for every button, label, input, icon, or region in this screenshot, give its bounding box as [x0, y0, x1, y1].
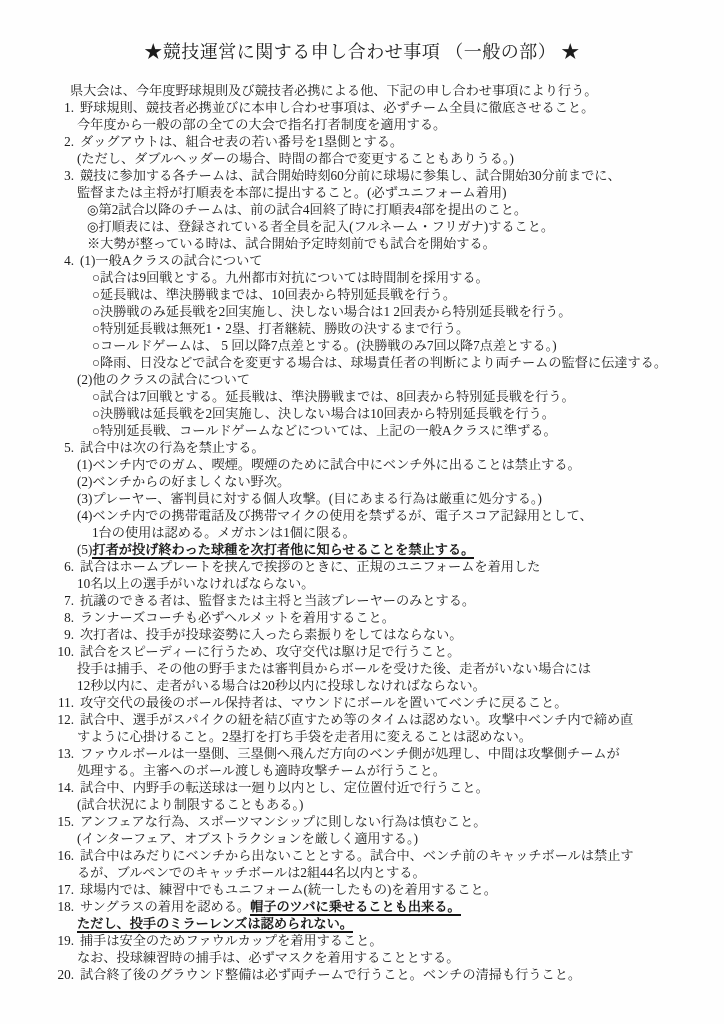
- item-number: 6.: [50, 558, 74, 575]
- line-text: 試合中、選手がスパイクの紐を結び直すため等のタイムは認めない。攻撃中ベンチ内で締…: [80, 712, 633, 727]
- rule-line: 16.試合中はみだりにベンチから出ないこととする。試合中、ベンチ前のキャッチボー…: [50, 847, 698, 864]
- rule-line: (5)打者が投げ終わった球種を次打者他に知らせることを禁止する。: [50, 541, 698, 558]
- rule-line: ○試合は7回戦とする。延長戦は、準決勝戦までは、8回表から特別延長戦を行う。: [50, 388, 698, 405]
- line-text: 攻守交代の最後のボール保持者は、マウンドにボールを置いてベンチに戻ること。: [80, 695, 567, 710]
- rule-line: 3.競技に参加する各チームは、試合開始時刻60分前に球場に参集し、試合開始30分…: [50, 167, 698, 184]
- rule-line: 15.アンフェアな行為、スポーツマンシップに則しない行為は慎むこと。: [50, 813, 698, 830]
- item-number: 20.: [50, 966, 74, 983]
- item-number: 2.: [50, 133, 74, 150]
- rule-line: 2.ダッグアウトは、組合せ表の若い番号を1塁側とする。: [50, 133, 698, 150]
- rule-line: ※大勢が整っている時は、試合開始予定時刻前でも試合を開始する。: [50, 235, 698, 252]
- rule-line: 9.次打者は、投手が投球姿勢に入ったら素振りをしてはならない。: [50, 626, 698, 643]
- rule-line: 12秒以内に、走者がいる場合は20秒以内に投球しなければならない。: [50, 677, 698, 694]
- rule-line: ◎打順表には、登録されている者全員を記入(フルネーム・フリガナ)すること。: [50, 218, 698, 235]
- line-text: (5): [77, 542, 92, 557]
- item-number: 11.: [50, 694, 74, 711]
- rule-line: (2)他のクラスの試合について: [50, 371, 698, 388]
- line-text: ○コールドゲームは、 5 回以降7点差とする。(決勝戦のみ7回以降7点差とする。…: [92, 338, 557, 353]
- rule-line: 1台の使用は認める。メガホンは1個に限る。: [50, 524, 698, 541]
- line-text: (ただし、ダブルヘッダーの場合、時間の都合で変更することもありうる。): [77, 151, 514, 166]
- line-text: なお、投球練習時の捕手は、必ずマスクを着用することとする。: [77, 950, 459, 965]
- item-number: 14.: [50, 779, 74, 796]
- line-text: 投手は捕手、その他の野手または審判員からボールを受けた後、走者がいない場合には: [77, 661, 591, 676]
- rule-line: ○試合は9回戦とする。九州都市対抗については時間制を採用する。: [50, 269, 698, 286]
- item-number: 17.: [50, 881, 74, 898]
- emphasized-text: 帽子のツバに乗せることも出来る。: [250, 899, 460, 916]
- rule-line: 5.試合中は次の行為を禁止する。: [50, 439, 698, 456]
- rule-line: ◎第2試合以降のチームは、前の試合4回終了時に打順表4部を提出のこと。: [50, 201, 698, 218]
- line-text: (2)他のクラスの試合について: [77, 372, 250, 387]
- line-text: 捕手は安全のためファウルカップを着用すること。: [80, 933, 383, 948]
- line-text: サングラスの着用を認める。: [80, 899, 250, 914]
- rule-line: (ただし、ダブルヘッダーの場合、時間の都合で変更することもありうる。): [50, 150, 698, 167]
- line-text: ○試合は9回戦とする。九州都市対抗については時間制を採用する。: [92, 270, 489, 285]
- item-number: 4.: [50, 252, 74, 269]
- rule-line: 17.球場内では、練習中でもユニフォーム(統一したもの)を着用すること。: [50, 881, 698, 898]
- line-text: (1)ベンチ内でのガム、喫煙。喫煙のために試合中にベンチ外に出ることは禁止する。: [77, 457, 581, 472]
- rule-line: ○決勝戦は延長戦を2回実施し、決しない場合は10回表から特別延長戦を行う。: [50, 405, 698, 422]
- line-text: 処理する。主審へのボール渡しも適時攻撃チームが行うこと。: [77, 763, 446, 778]
- rule-line: すように心掛けること。2塁打を打ち手袋を走者用に変えることは認めない。: [50, 728, 698, 745]
- line-text: (1)一般Aクラスの試合について: [80, 253, 263, 268]
- rule-line: (2)ベンチからの好ましくない野次。: [50, 473, 698, 490]
- item-number: 7.: [50, 592, 74, 609]
- line-text: 試合をスピーディーに行うため、攻守交代は駆け足で行うこと。: [80, 644, 460, 659]
- line-text: 10名以上の選手がいなければならない。: [77, 576, 314, 591]
- line-text: (3)プレーヤー、審判員に対する個人攻撃。(目にあまる行為は厳重に処分する。): [77, 491, 542, 506]
- item-number: 5.: [50, 439, 74, 456]
- line-text: ○特別延長戦、コールドゲームなどについては、上記の一般Aクラスに準ずる。: [92, 423, 557, 438]
- emphasized-text: 打者が投げ終わった球種を次打者他に知らせることを禁止する。: [92, 542, 474, 559]
- item-number: 19.: [50, 932, 74, 949]
- item-number: 16.: [50, 847, 74, 864]
- rule-line: 14.試合中、内野手の転送球は一廻り以内とし、定位置付近で行うこと。: [50, 779, 698, 796]
- line-text: (インターフェア、オブストラクションを厳しく適用する。): [77, 831, 418, 846]
- document-content: ★競技運営に関する申し合わせ事項 （一般の部） ★ 県大会は、今年度野球規則及び…: [0, 0, 724, 983]
- rule-line: 処理する。主審へのボール渡しも適時攻撃チームが行うこと。: [50, 762, 698, 779]
- rule-line: (3)プレーヤー、審判員に対する個人攻撃。(目にあまる行為は厳重に処分する。): [50, 490, 698, 507]
- item-number: 9.: [50, 626, 74, 643]
- line-text: 試合はホームプレートを挟んで挨拶のときに、正規のユニフォームを着用した: [80, 559, 540, 574]
- rule-line: ○決勝戦のみ延長戦を2回実施し、決しない場合は1 2回表から特別延長戦を行う。: [50, 303, 698, 320]
- rule-line: 12.試合中、選手がスパイクの紐を結び直すため等のタイムは認めない。攻撃中ベンチ…: [50, 711, 698, 728]
- line-text: 試合中、内野手の転送球は一廻り以内とし、定位置付近で行うこと。: [80, 780, 489, 795]
- line-text: 今年度から一般の部の全ての大会で指名打者制度を適用する。: [77, 117, 446, 132]
- line-text: 野球規則、競技者必携並びに本申し合わせ事項は、必ずチーム全員に徹底させること。: [80, 100, 594, 115]
- line-text: ○決勝戦のみ延長戦を2回実施し、決しない場合は1 2回表から特別延長戦を行う。: [92, 304, 571, 319]
- item-number: 1.: [50, 99, 74, 116]
- rule-line: ○特別延長戦は無死1・2塁、打者継続、勝敗の決するまで行う。: [50, 320, 698, 337]
- rule-line: ○降雨、日没などで試合を変更する場合は、球場責任者の判断により両チームの監督に伝…: [50, 354, 698, 371]
- rule-line: 13.ファウルボールは一塁側、三塁側へ飛んだ方向のベンチ側が処理し、中間は攻撃側…: [50, 745, 698, 762]
- line-text: るが、ブルペンでのキャッチボールは2組44名以内とする。: [77, 865, 426, 880]
- item-number: 10.: [50, 643, 74, 660]
- rule-line: 今年度から一般の部の全ての大会で指名打者制度を適用する。: [50, 116, 698, 133]
- document-title: ★競技運営に関する申し合わせ事項 （一般の部） ★: [50, 40, 674, 64]
- line-text: ○試合は7回戦とする。延長戦は、準決勝戦までは、8回表から特別延長戦を行う。: [92, 389, 575, 404]
- line-text: 試合終了後のグラウンド整備は必ず両チームで行うこと。ベンチの清掃も行うこと。: [80, 967, 581, 982]
- intro-paragraph: 県大会は、今年度野球規則及び競技者必携による他、下記の申し合わせ事項により行う。: [50, 82, 698, 99]
- rules-list: 1.野球規則、競技者必携並びに本申し合わせ事項は、必ずチーム全員に徹底させること…: [50, 99, 698, 983]
- rule-line: 監督または主将が打順表を本部に提出すること。(必ずユニフォーム着用): [50, 184, 698, 201]
- document-page: ★競技運営に関する申し合わせ事項 （一般の部） ★ 県大会は、今年度野球規則及び…: [0, 0, 724, 1024]
- line-text: ファウルボールは一塁側、三塁側へ飛んだ方向のベンチ側が処理し、中間は攻撃側チーム…: [80, 746, 620, 761]
- rule-line: 10.試合をスピーディーに行うため、攻守交代は駆け足で行うこと。: [50, 643, 698, 660]
- line-text: ○降雨、日没などで試合を変更する場合は、球場責任者の判断により両チームの監督に伝…: [92, 355, 667, 370]
- rule-line: (インターフェア、オブストラクションを厳しく適用する。): [50, 830, 698, 847]
- line-text: (2)ベンチからの好ましくない野次。: [77, 474, 290, 489]
- item-number: 13.: [50, 745, 74, 762]
- line-text: ※大勢が整っている時は、試合開始予定時刻前でも試合を開始する。: [87, 236, 496, 251]
- rule-line: 18.サングラスの着用を認める。帽子のツバに乗せることも出来る。: [50, 898, 698, 915]
- line-text: ダッグアウトは、組合せ表の若い番号を1塁側とする。: [80, 134, 403, 149]
- item-number: 12.: [50, 711, 74, 728]
- rule-line: ○延長戦は、準決勝戦までは、10回表から特別延長戦を行う。: [50, 286, 698, 303]
- rule-line: 20.試合終了後のグラウンド整備は必ず両チームで行うこと。ベンチの清掃も行うこと…: [50, 966, 698, 983]
- line-text: ○特別延長戦は無死1・2塁、打者継続、勝敗の決するまで行う。: [92, 321, 469, 336]
- line-text: 12秒以内に、走者がいる場合は20秒以内に投球しなければならない。: [77, 678, 486, 693]
- rule-line: 11.攻守交代の最後のボール保持者は、マウンドにボールを置いてベンチに戻ること。: [50, 694, 698, 711]
- rule-line: 19.捕手は安全のためファウルカップを着用すること。: [50, 932, 698, 949]
- line-text: ○延長戦は、準決勝戦までは、10回表から特別延長戦を行う。: [92, 287, 456, 302]
- rule-line: (1)ベンチ内でのガム、喫煙。喫煙のために試合中にベンチ外に出ることは禁止する。: [50, 456, 698, 473]
- line-text: すように心掛けること。2塁打を打ち手袋を走者用に変えることは認めない。: [77, 729, 532, 744]
- rule-line: 6.試合はホームプレートを挟んで挨拶のときに、正規のユニフォームを着用した: [50, 558, 698, 575]
- rule-line: なお、投球練習時の捕手は、必ずマスクを着用することとする。: [50, 949, 698, 966]
- rule-line: ○コールドゲームは、 5 回以降7点差とする。(決勝戦のみ7回以降7点差とする。…: [50, 337, 698, 354]
- emphasized-text: ただし、投手のミラーレンズは認められない。: [77, 916, 353, 933]
- line-text: (試合状況により制限することもある。): [77, 797, 303, 812]
- line-text: アンフェアな行為、スポーツマンシップに則しない行為は慎むこと。: [80, 814, 487, 829]
- rule-line: 4.(1)一般Aクラスの試合について: [50, 252, 698, 269]
- rule-line: (試合状況により制限することもある。): [50, 796, 698, 813]
- rule-line: ○特別延長戦、コールドゲームなどについては、上記の一般Aクラスに準ずる。: [50, 422, 698, 439]
- line-text: 球場内では、練習中でもユニフォーム(統一したもの)を着用すること。: [80, 882, 497, 897]
- line-text: 試合中はみだりにベンチから出ないこととする。試合中、ベンチ前のキャッチボールは禁…: [80, 848, 634, 863]
- line-text: 競技に参加する各チームは、試合開始時刻60分前に球場に参集し、試合開始30分前ま…: [80, 168, 621, 183]
- item-number: 8.: [50, 609, 74, 626]
- item-number: 18.: [50, 898, 74, 915]
- line-text: ◎第2試合以降のチームは、前の試合4回終了時に打順表4部を提出のこと。: [87, 202, 527, 217]
- item-number: 3.: [50, 167, 74, 184]
- line-text: (4)ベンチ内での携帯電話及び携帯マイクの使用を禁ずるが、電子スコア記録用として…: [77, 508, 593, 523]
- line-text: ランナーズコーチも必ずヘルメットを着用すること。: [80, 610, 395, 625]
- line-text: ○決勝戦は延長戦を2回実施し、決しない場合は10回表から特別延長戦を行う。: [92, 406, 555, 421]
- line-text: 監督または主将が打順表を本部に提出すること。(必ずユニフォーム着用): [77, 185, 506, 200]
- item-number: 15.: [50, 813, 74, 830]
- line-text: 試合中は次の行為を禁止する。: [80, 440, 265, 455]
- rule-line: 1.野球規則、競技者必携並びに本申し合わせ事項は、必ずチーム全員に徹底させること…: [50, 99, 698, 116]
- rule-line: (4)ベンチ内での携帯電話及び携帯マイクの使用を禁ずるが、電子スコア記録用として…: [50, 507, 698, 524]
- rule-line: ただし、投手のミラーレンズは認められない。: [50, 915, 698, 932]
- line-text: ◎打順表には、登録されている者全員を記入(フルネーム・フリガナ)すること。: [87, 219, 554, 234]
- rule-line: 8.ランナーズコーチも必ずヘルメットを着用すること。: [50, 609, 698, 626]
- rule-line: 7.抗議のできる者は、監督または主将と当該プレーヤーのみとする。: [50, 592, 698, 609]
- rule-line: るが、ブルペンでのキャッチボールは2組44名以内とする。: [50, 864, 698, 881]
- line-text: 次打者は、投手が投球姿勢に入ったら素振りをしてはならない。: [80, 627, 462, 642]
- line-text: 抗議のできる者は、監督または主将と当該プレーヤーのみとする。: [80, 593, 475, 608]
- rule-line: 10名以上の選手がいなければならない。: [50, 575, 698, 592]
- line-text: 1台の使用は認める。メガホンは1個に限る。: [92, 525, 356, 540]
- rule-line: 投手は捕手、その他の野手または審判員からボールを受けた後、走者がいない場合には: [50, 660, 698, 677]
